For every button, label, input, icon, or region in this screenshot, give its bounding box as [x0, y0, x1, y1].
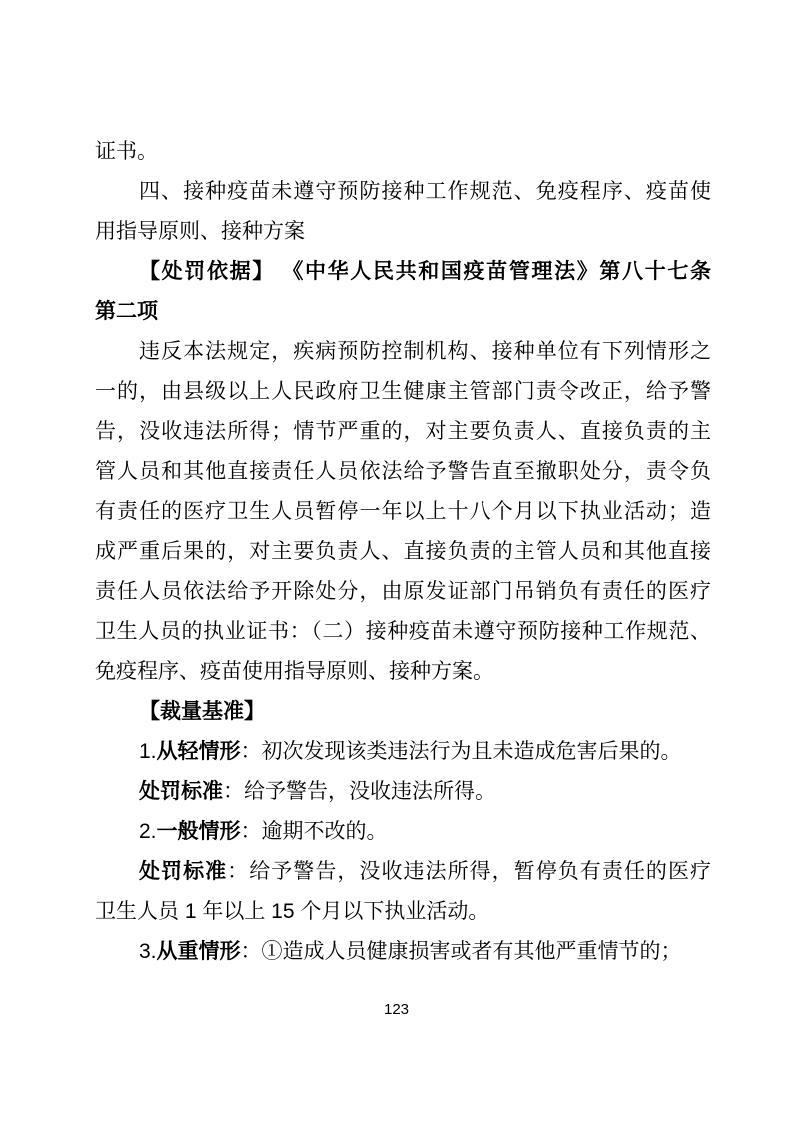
page-number: 123 [0, 1000, 793, 1020]
item-text: ：①造成人员健康损害或者有其他严重情节的； [241, 940, 682, 963]
item-text: ：给予警告，没收违法所得，暂停负有责任的医疗 [227, 860, 711, 883]
item-term: 从轻情形 [157, 740, 241, 763]
item-text: ：逾期不改的。 [241, 820, 388, 843]
law-excerpt-line: 违反本法规定，疾病预防控制机构、接种单位有下列情形之 [95, 332, 711, 372]
discretion-item-lenient: 1.从轻情形：初次发现该类违法行为且未造成危害后果的。 [95, 732, 711, 772]
item-number: 2. [139, 820, 157, 843]
discretion-heading: 【裁量基准】 [95, 692, 711, 732]
discretion-item-aggravated: 3.从重情形：①造成人员健康损害或者有其他严重情节的； [95, 932, 711, 972]
law-excerpt-line: 免疫程序、疫苗使用指导原则、接种方案。 [95, 652, 711, 692]
law-excerpt-line: 有责任的医疗卫生人员暂停一年以上十八个月以下执业活动；造 [95, 492, 711, 532]
law-excerpt-line: 责任人员依法给予开除处分，由原发证部门吊销负有责任的医疗 [95, 572, 711, 612]
discretion-item-penalty-standard-2: 处罚标准：给予警告，没收违法所得，暂停负有责任的医疗 [95, 852, 711, 892]
item-number: 3. [139, 940, 157, 963]
item-term: 从重情形 [157, 940, 241, 963]
item-term: 处罚标准 [139, 860, 227, 883]
item-text: ：给予警告，没收违法所得。 [223, 780, 496, 803]
discretion-item-penalty-standard-2-continuation: 卫生人员 1 年以上 15 个月以下执业活动。 [95, 892, 711, 932]
law-excerpt-line: 成严重后果的，对主要负责人、直接负责的主管人员和其他直接 [95, 532, 711, 572]
carryover-line: 证书。 [95, 132, 711, 172]
law-excerpt-line: 告，没收违法所得；情节严重的，对主要负责人、直接负责的主 [95, 412, 711, 452]
document-body: 证书。 四、接种疫苗未遵守预防接种工作规范、免疫程序、疫苗使 用指导原则、接种方… [95, 132, 711, 972]
section4-heading-line1: 四、接种疫苗未遵守预防接种工作规范、免疫程序、疫苗使 [95, 172, 711, 212]
item-text: ：初次发现该类违法行为且未造成危害后果的。 [241, 740, 682, 763]
penalty-basis-heading-line1: 【处罚依据】 《中华人民共和国疫苗管理法》第八十七条 [95, 252, 711, 292]
item-term: 一般情形 [157, 820, 241, 843]
document-page: 证书。 四、接种疫苗未遵守预防接种工作规范、免疫程序、疫苗使 用指导原则、接种方… [0, 0, 793, 1122]
penalty-basis-heading-line2: 第二项 [95, 292, 711, 332]
law-excerpt-line: 一的，由县级以上人民政府卫生健康主管部门责令改正，给予警 [95, 372, 711, 412]
section4-heading-line2: 用指导原则、接种方案 [95, 212, 711, 252]
law-excerpt-line: 管人员和其他直接责任人员依法给予警告直至撤职处分，责令负 [95, 452, 711, 492]
discretion-item-general: 2.一般情形：逾期不改的。 [95, 812, 711, 852]
discretion-item-penalty-standard-1: 处罚标准：给予警告，没收违法所得。 [95, 772, 711, 812]
item-number: 1. [139, 740, 157, 763]
law-excerpt-line: 卫生人员的执业证书：（二）接种疫苗未遵守预防接种工作规范、 [95, 612, 711, 652]
item-term: 处罚标准 [139, 780, 223, 803]
